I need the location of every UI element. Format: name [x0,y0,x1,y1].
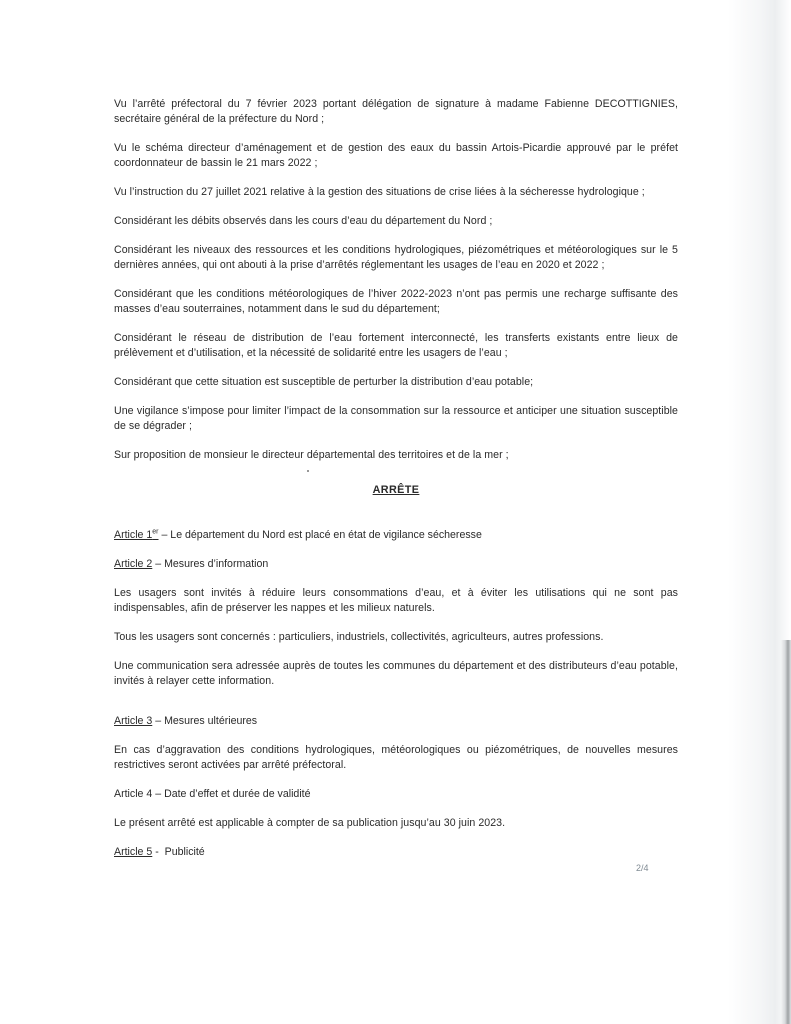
article-4-label: Article 4 [114,788,152,800]
article-2-paragraph: Les usagers sont invités à réduire leurs… [114,586,678,616]
article-1-title: Le département du Nord est placé en état… [170,529,482,541]
article-5-label: Article 5 [114,846,152,858]
article-2-title: Mesures d’information [164,558,268,570]
consideration-paragraph: Considérant le réseau de distribution de… [114,331,678,361]
consideration-paragraph: Vu le schéma directeur d’aménagement et … [114,141,678,171]
consideration-paragraph: Considérant que les conditions météorolo… [114,287,678,317]
article-3-heading: Article 3 – Mesures ultérieures [114,714,678,729]
article-4-title: Date d’effet et durée de validité [164,788,310,800]
consideration-paragraph: Une vigilance s’impose pour limiter l’im… [114,404,678,434]
consideration-paragraph: Sur proposition de monsieur le directeur… [114,448,678,463]
article-1-heading: Article 1er – Le département du Nord est… [114,528,678,543]
article-5-title: Publicité [165,846,205,858]
scanned-page: Vu l’arrêté préfectoral du 7 février 202… [0,0,791,1024]
document-body: Vu l’arrêté préfectoral du 7 février 202… [114,97,678,874]
article-3-title: Mesures ultérieures [164,715,257,727]
page-number: 2/4 [636,863,649,873]
article-2-paragraph: Une communication sera adressée auprès d… [114,659,678,689]
article-2-label: Article 2 [114,558,152,570]
article-4-heading: Article 4 – Date d’effet et durée de val… [114,787,678,802]
consideration-paragraph: Considérant les débits observés dans les… [114,214,678,229]
article-3-paragraph: En cas d’aggravation des conditions hydr… [114,743,678,773]
article-2-heading: Article 2 – Mesures d’information [114,557,678,572]
article-4-paragraph: Le présent arrêté est applicable à compt… [114,816,678,831]
decree-title: ARRÊTE [114,484,678,496]
consideration-paragraph: Vu l’arrêté préfectoral du 7 février 202… [114,97,678,127]
article-5-heading: Article 5 - Publicité [114,845,678,860]
page-edge-shadow [781,640,791,1024]
article-1-label: Article 1er [114,529,159,541]
article-2-paragraph: Tous les usagers sont concernés : partic… [114,630,678,645]
article-3-label: Article 3 [114,715,152,727]
consideration-paragraph: Considérant les niveaux des ressources e… [114,243,678,273]
consideration-paragraph: Vu l’instruction du 27 juillet 2021 rela… [114,185,678,200]
consideration-paragraph: Considérant que cette situation est susc… [114,375,678,390]
